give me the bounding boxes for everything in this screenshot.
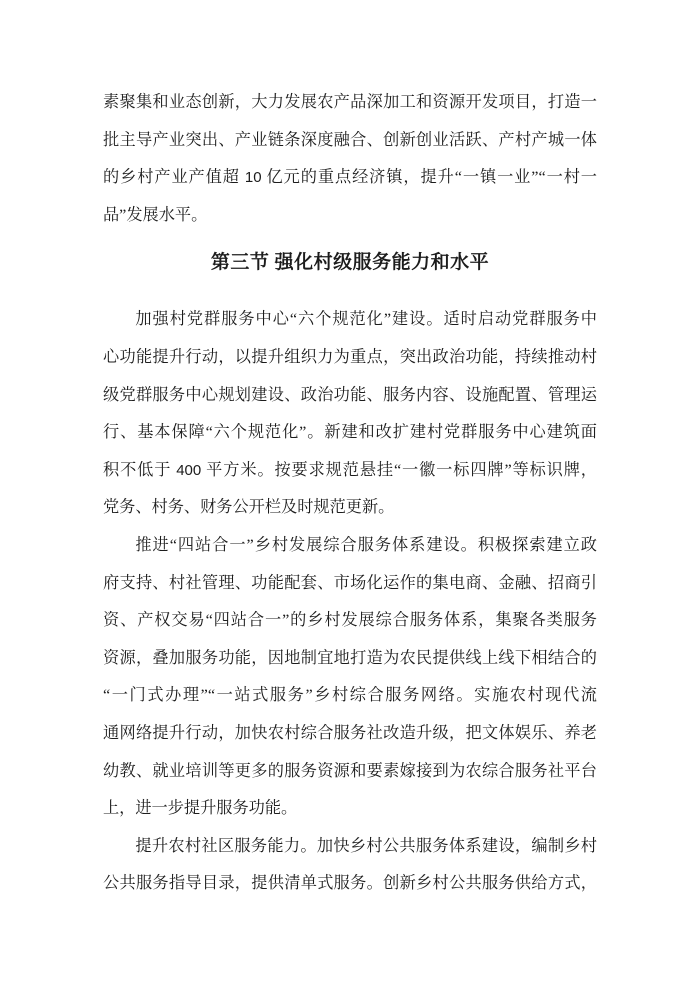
text-line: 幼教、就业培训等更多的服务资源和要素嫁接到为农综合服务社平台 (103, 753, 597, 791)
latin-number: 400 (176, 462, 201, 479)
text-line: 加强村党群服务中心“六个规范化”建设。适时启动党群服务中 (103, 301, 597, 339)
text-line: 府支持、村社管理、功能配套、市场化运作的集电商、金融、招商引 (103, 565, 597, 603)
text-line: 批主导产业突出、产业链条深度融合、创新创业活跃、产村产城一体 (103, 122, 597, 160)
text-line: 提升农村社区服务能力。加快乡村公共服务体系建设，编制乡村 (103, 828, 597, 866)
document-content: 素聚集和业态创新，大力发展农产品深加工和资源开发项目，打造一批主导产业突出、产业… (103, 84, 597, 903)
latin-number: 10 (245, 169, 262, 186)
text-line: 心功能提升行动，以提升组织力为重点，突出政治功能，持续推动村 (103, 339, 597, 377)
text-line: 上，进一步提升服务功能。 (103, 790, 597, 828)
text-line: 素聚集和业态创新，大力发展农产品深加工和资源开发项目，打造一 (103, 84, 597, 122)
text-line: 资源，叠加服务功能，因地制宜地打造为农民提供线上线下相结合的 (103, 640, 597, 678)
text-line: 通网络提升行动，加快农村综合服务社改造升级，把文体娱乐、养老 (103, 715, 597, 753)
document-page: 素聚集和业态创新，大力发展农产品深加工和资源开发项目，打造一批主导产业突出、产业… (0, 0, 700, 990)
text-line: 积不低于 400 平方米。按要求规范悬挂“一徽一标四牌”等标识牌， (103, 452, 597, 490)
text-line: “一门式办理”“一站式服务”乡村综合服务网络。实施农村现代流 (103, 677, 597, 715)
text-line: 级党群服务中心规划建设、政治功能、服务内容、设施配置、管理运 (103, 377, 597, 415)
text-line: 品”发展水平。 (103, 197, 597, 235)
text-line: 推进“四站合一”乡村发展综合服务体系建设。积极探索建立政 (103, 527, 597, 565)
section-heading: 第三节 强化村级服务能力和水平 (103, 244, 597, 282)
text-line: 资、产权交易“四站合一”的乡村发展综合服务体系，集聚各类服务 (103, 602, 597, 640)
text-line: 行、基本保障“六个规范化”。新建和改扩建村党群服务中心建筑面 (103, 414, 597, 452)
text-line: 的乡村产业产值超 10 亿元的重点经济镇，提升“一镇一业”“一村一 (103, 159, 597, 197)
text-line: 公共服务指导目录，提供清单式服务。创新乡村公共服务供给方式， (103, 865, 597, 903)
text-line: 党务、村务、财务公开栏及时规范更新。 (103, 489, 597, 527)
